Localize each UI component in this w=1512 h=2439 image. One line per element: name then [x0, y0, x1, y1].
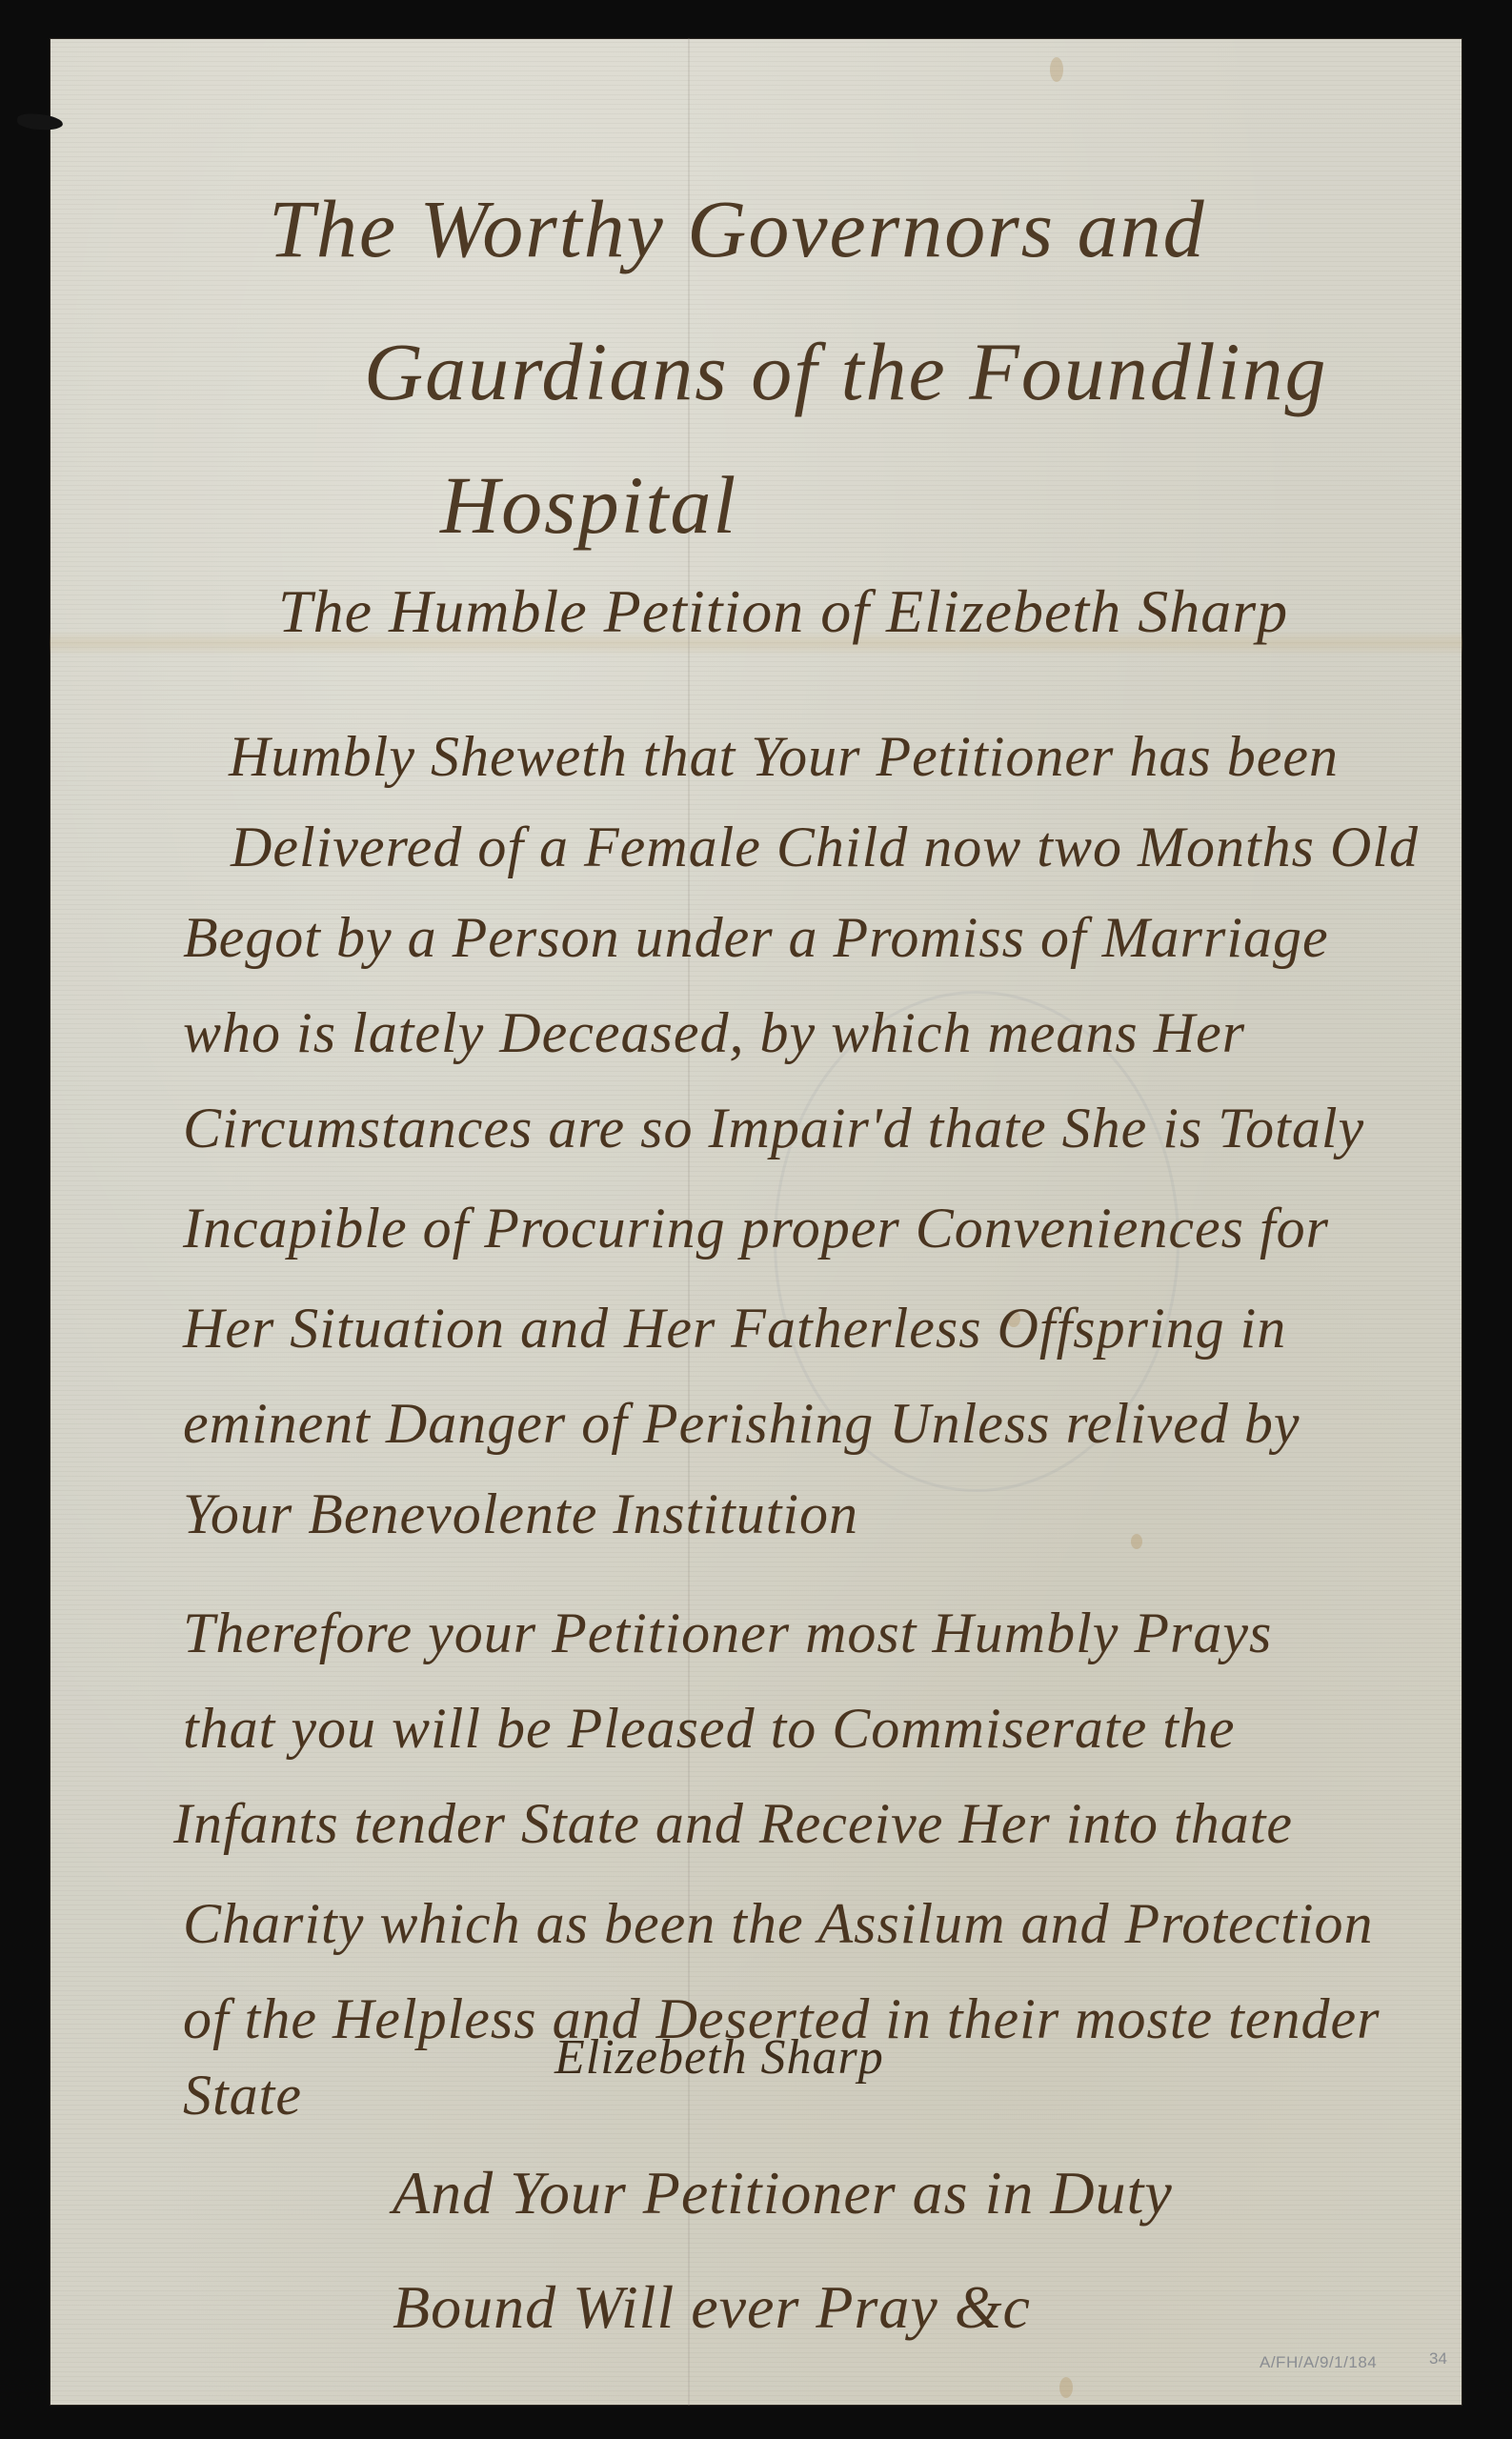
- body-line: Humbly Sheweth that Your Petitioner has …: [229, 724, 1339, 790]
- address-line-1: The Worthy Governors and: [269, 181, 1206, 276]
- body-line: Incapible of Procuring proper Convenienc…: [183, 1196, 1329, 1261]
- signature: Elizebeth Sharp: [554, 2029, 884, 2086]
- ink-stain: [1131, 1534, 1142, 1549]
- address-line-3: Hospital: [440, 457, 737, 553]
- body-line: Your Benevolente Institution: [183, 1482, 858, 1547]
- body-line: who is lately Deceased, by which means H…: [183, 1000, 1245, 1066]
- prayer-line: State: [183, 2063, 302, 2128]
- body-line: Circumstances are so Impair'd thate She …: [183, 1096, 1364, 1161]
- prayer-line: Charity which as been the Assilum and Pr…: [183, 1891, 1374, 1957]
- body-line: Delivered of a Female Child now two Mont…: [231, 815, 1419, 880]
- body-line: Begot by a Person under a Promiss of Mar…: [183, 905, 1329, 971]
- body-line: Her Situation and Her Fatherless Offspri…: [183, 1296, 1286, 1361]
- address-line-2: Gaurdians of the Foundling: [364, 324, 1328, 419]
- closing-line-2: Bound Will ever Pray &c: [393, 2272, 1031, 2343]
- archive-reference: A/FH/A/9/1/184: [1260, 2353, 1377, 2372]
- folio-number: 34: [1429, 2349, 1447, 2368]
- paper-notch: [1181, 0, 1200, 27]
- prayer-line: that you will be Pleased to Commiserate …: [183, 1696, 1236, 1762]
- prayer-line: Infants tender State and Receive Her int…: [173, 1791, 1293, 1857]
- ink-stain: [1059, 2377, 1073, 2398]
- petition-title: The Humble Petition of Elizebeth Sharp: [278, 576, 1288, 647]
- ink-stain: [1050, 57, 1063, 82]
- prayer-line: Therefore your Petitioner most Humbly Pr…: [183, 1601, 1272, 1666]
- body-line: eminent Danger of Perishing Unless reliv…: [183, 1391, 1300, 1457]
- petition-sheet: The Worthy Governors and Gaurdians of th…: [50, 38, 1462, 2406]
- closing-line-1: And Your Petitioner as in Duty: [393, 2158, 1173, 2228]
